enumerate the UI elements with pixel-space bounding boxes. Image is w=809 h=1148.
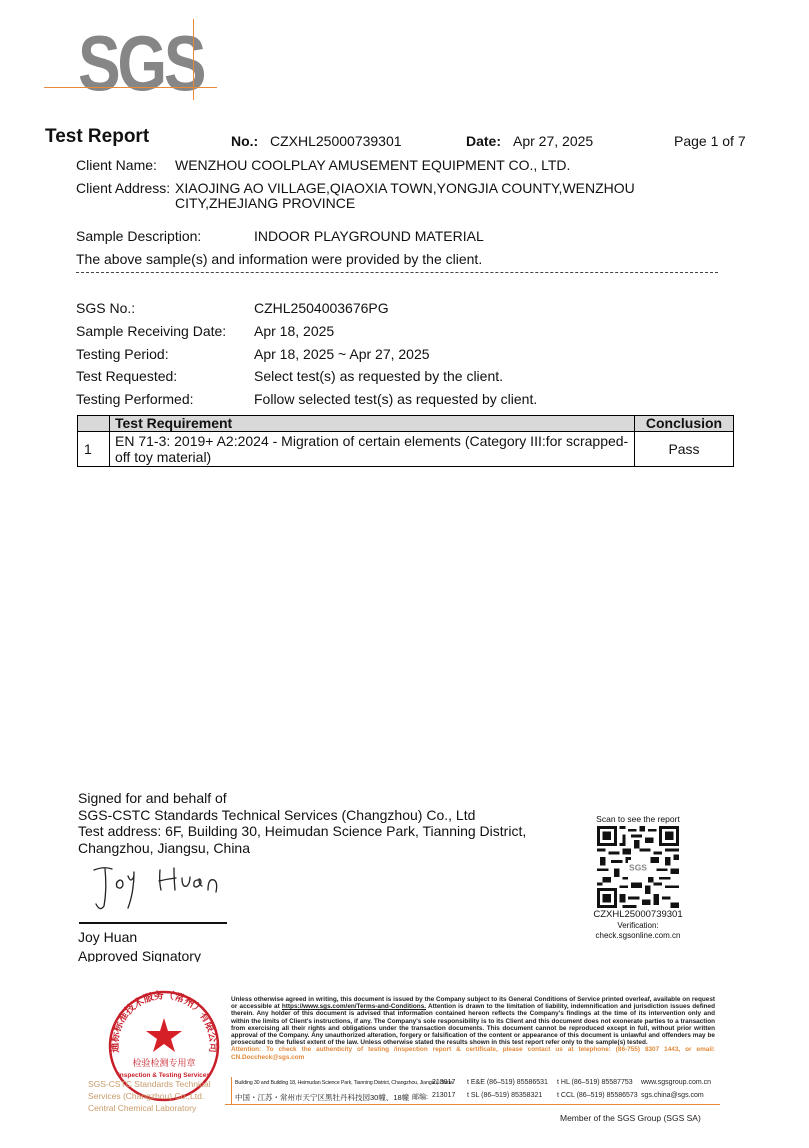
legal-disclaimer: Unless otherwise agreed in writing, this… [231, 996, 715, 1061]
qr-code[interactable]: SGS [593, 826, 683, 908]
sample-description-label: Sample Description: [76, 228, 201, 244]
report-number-label: No.: [231, 133, 258, 149]
test-requested-label: Test Requested: [76, 368, 177, 384]
page-indicator: Page 1 of 7 [674, 133, 746, 149]
conclusion: Pass [635, 432, 734, 467]
stamp-star-icon [146, 1018, 182, 1052]
row-number: 1 [78, 432, 110, 467]
provided-note: The above sample(s) and information were… [76, 251, 482, 267]
phone-sl: t SL (86–519) 85358321 [467, 1092, 542, 1099]
stamp-center-cn: 检验检测专用章 [132, 1057, 195, 1069]
postcode-cn: 213017 [432, 1092, 455, 1099]
column-header-conclusion: Conclusion [635, 416, 734, 432]
email[interactable]: sgs.china@sgs.com [641, 1092, 704, 1099]
report-number: CZXHL25000739301 [270, 133, 402, 149]
qr-center-label: SGS [629, 862, 647, 872]
member-statement: Member of the SGS Group (SGS SA) [560, 1113, 701, 1123]
report-title: Test Report [45, 126, 149, 148]
test-address-city: Changzhou, Jiangsu, China [78, 840, 526, 857]
qr-report-number: CZXHL25000739301 [587, 909, 689, 920]
testing-period: Apr 18, 2025 ~ Apr 27, 2025 [254, 346, 430, 362]
testing-performed-label: Testing Performed: [76, 391, 194, 407]
stamp-company: SGS-CSTC Standards Technical Services (C… [88, 1078, 228, 1114]
client-address-label: Client Address: [76, 180, 170, 196]
sgs-logo: SGS [44, 18, 219, 100]
postcode-cn-label: 邮编: [412, 1092, 428, 1102]
testing-performed: Follow selected test(s) as requested by … [254, 391, 537, 407]
table-row: 1 EN 71-3: 2019+ A2:2024 - Migration of … [78, 432, 734, 467]
report-date: Apr 27, 2025 [513, 133, 593, 149]
sgs-number: CZHL2504003676PG [254, 300, 389, 316]
stamp-company-line2: Central Chemical Laboratory [88, 1102, 228, 1114]
signature-statement: Signed for and behalf of SGS-CSTC Standa… [78, 790, 526, 856]
address-en: Building 30 and Building 18, Heimudan Sc… [235, 1080, 453, 1086]
logo-accent-vertical-line [193, 19, 194, 100]
verification-label: Verification: [587, 921, 689, 931]
results-table: Test Requirement Conclusion 1 EN 71-3: 2… [77, 415, 734, 467]
client-name: WENZHOU COOLPLAY AMUSEMENT EQUIPMENT CO.… [175, 157, 570, 173]
sample-description: INDOOR PLAYGROUND MATERIAL [254, 228, 484, 244]
client-address-line1: XIAOJING AO VILLAGE,QIAOXIA TOWN,YONGJIA… [175, 180, 635, 196]
handwritten-signature [90, 860, 230, 915]
receiving-date-label: Sample Receiving Date: [76, 323, 226, 339]
signed-behalf-line: Signed for and behalf of [78, 790, 526, 807]
signatory-role: Approved Signatory [78, 948, 201, 962]
phone-ee: t E&E (86–519) 85586531 [467, 1079, 548, 1086]
website[interactable]: www.sgsgroup.com.cn [641, 1079, 711, 1086]
footer-accent-line [225, 1104, 720, 1105]
phone-hl: t HL (86–519) 85587753 [557, 1079, 633, 1086]
test-address-line: Test address: 6F, Building 30, Heimudan … [78, 823, 526, 840]
test-requested: Select test(s) as requested by the clien… [254, 368, 503, 384]
client-name-label: Client Name: [76, 157, 157, 173]
disclaimer-text-post: Attention is drawn to the limitation of … [231, 1003, 715, 1046]
address-cn: 中国・江苏・常州市天宁区黑牡丹科技园30幢、18幢 [235, 1092, 409, 1103]
logo-accent-horizontal-line [44, 87, 217, 88]
report-date-label: Date: [466, 133, 501, 149]
signature-line [79, 922, 227, 924]
table-header-row: Test Requirement Conclusion [78, 416, 734, 432]
qr-caption: Scan to see the report [592, 814, 684, 824]
sgs-logo-text: SGS [78, 24, 203, 102]
column-header-requirement: Test Requirement [110, 416, 635, 432]
phone-ccl: t CCL (86–519) 85586573 [557, 1092, 638, 1099]
contact-accent-vertical-line [231, 1077, 232, 1104]
client-address-line2: CITY,ZHEJIANG PROVINCE [175, 195, 355, 211]
lab-company-name: SGS-CSTC Standards Technical Services (C… [78, 807, 526, 824]
postcode-en: 213017 [432, 1079, 455, 1086]
column-header-number [78, 416, 110, 432]
signatory-name: Joy Huan [78, 929, 137, 945]
testing-period-label: Testing Period: [76, 346, 169, 362]
dashed-divider [76, 272, 718, 273]
terms-link[interactable]: https://www.sgs.com/en/Terms-and-Conditi… [282, 1003, 426, 1010]
verification-site: check.sgsonline.com.cn [587, 931, 689, 941]
sgs-number-label: SGS No.: [76, 300, 135, 316]
qr-verification: Verification: check.sgsonline.com.cn [587, 921, 689, 941]
test-requirement: EN 71-3: 2019+ A2:2024 - Migration of ce… [110, 432, 635, 467]
receiving-date: Apr 18, 2025 [254, 323, 334, 339]
stamp-company-line1: SGS-CSTC Standards Technical Services (C… [88, 1078, 228, 1102]
authenticity-attention: Attention: To check the authenticity of … [231, 1046, 715, 1060]
